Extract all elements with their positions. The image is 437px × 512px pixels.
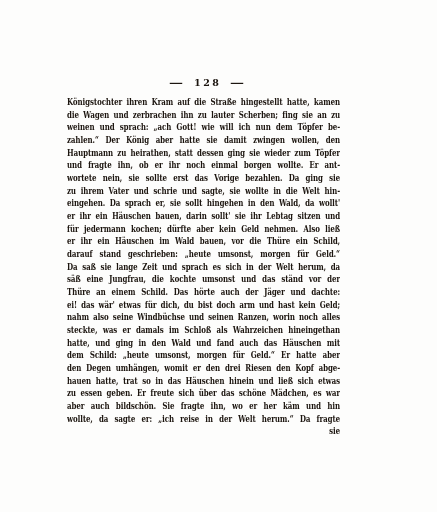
text-line: die Wagen und zerbrachen ihn zu lauter S…: [67, 110, 340, 123]
text-line: wollte, da sagte er: „ich reise in der W…: [67, 414, 340, 427]
text-line: hauen hatte, trat so in das Häuschen hin…: [67, 376, 340, 389]
text-line: zu essen geben. Er freute sich über das …: [67, 388, 340, 401]
text-line: darauf stand geschrieben: „heute umsonst…: [67, 249, 340, 262]
text-line: er ihr ein Häuschen bauen, darin sollt' …: [67, 211, 340, 224]
page-number: 128: [194, 78, 221, 89]
body-text: Königstochter ihren Kram auf die Straße …: [67, 97, 340, 439]
book-page: —128— Königstochter ihren Kram auf die S…: [0, 0, 437, 512]
page-header: —128—: [70, 78, 343, 90]
text-line: den Degen umhängen, womit er den drei Ri…: [67, 363, 340, 376]
text-line: Da saß sie lange Zeit und sprach es sich…: [67, 262, 340, 275]
text-line: wortete nein, sie sollte erst das Vorige…: [67, 173, 340, 186]
text-line: er ihr ein Häuschen im Wald bauen, vor d…: [67, 236, 340, 249]
text-line: eingehen. Da sprach er, sie sollt hingeh…: [67, 198, 340, 211]
text-line: weinen und sprach: „ach Gott! wie will i…: [67, 122, 340, 135]
text-line: Königstochter ihren Kram auf die Straße …: [67, 97, 340, 110]
text-line: ei! das wär' etwas für dich, du bist doc…: [67, 300, 340, 313]
text-line: zu ihrem Vater und schrie und sagte, sie…: [67, 186, 340, 199]
text-line: säß eine Jungfrau, die kochte umsonst un…: [67, 274, 340, 287]
text-line: zahlen.“ Der König aber hatte sie damit …: [67, 135, 340, 148]
header-dash-left: —: [169, 78, 183, 90]
text-line: steckte, was er damals im Schloß als Wah…: [67, 325, 340, 338]
text-line: aber auch bildschön. Sie fragte ihn, wo …: [67, 401, 340, 414]
text-line: Thüre an einem Schild. Das hörte auch de…: [67, 287, 340, 300]
text-line: hatte, und ging in den Wald und fand auc…: [67, 338, 340, 351]
text-line: Hauptmann zu heirathen, statt dessen gin…: [67, 148, 340, 161]
text-line: für jedermann kochen; dürfte aber kein G…: [67, 224, 340, 237]
header-dash-right: —: [230, 78, 244, 90]
text-line: und fragte ihn, ob er ihr noch einmal bo…: [67, 160, 340, 173]
text-line: nahm also seine Windbüchse und seinen Ra…: [67, 312, 340, 325]
text-line: dem Schild: „heute umsonst, morgen für G…: [67, 350, 340, 363]
catchword: sie: [67, 426, 340, 439]
